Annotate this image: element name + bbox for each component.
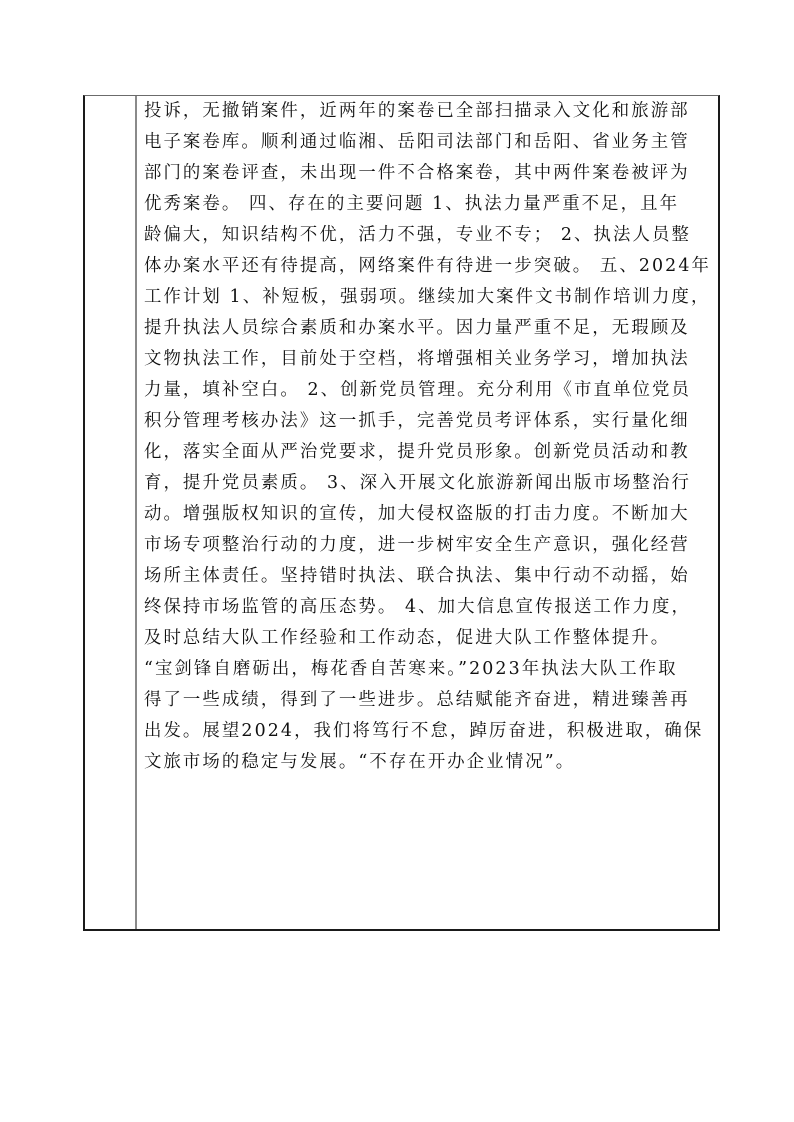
text-line: 终保持市场监管的高压态势。 4、加大信息宣传报送工作力度，	[144, 592, 711, 623]
text-line: 文旅市场的稳定与发展。“不存在开办企业情况”。	[144, 747, 711, 778]
report-body-text: 投诉，无撤销案件，近两年的案卷已全部扫描录入文化和旅游部 电子案卷库。顺利通过临…	[144, 96, 711, 778]
text-line: 投诉，无撤销案件，近两年的案卷已全部扫描录入文化和旅游部	[144, 96, 711, 127]
text-line: 得了一些成绩，得到了一些进步。总结赋能齐奋进，精进臻善再	[144, 685, 711, 716]
table-label-cell	[85, 96, 137, 929]
text-line: 工作计划 1、补短板，强弱项。继续加大案件文书制作培训力度，	[144, 282, 711, 313]
text-line: 市场专项整治行动的力度，进一步树牢安全生产意识，强化经营	[144, 530, 711, 561]
text-line: 优秀案卷。 四、存在的主要问题 1、执法力量严重不足，且年	[144, 189, 711, 220]
text-line: 力量，填补空白。 2、创新党员管理。充分利用《市直单位党员	[144, 375, 711, 406]
text-line: 积分管理考核办法》这一抓手，完善党员考评体系，实行量化细	[144, 406, 711, 437]
text-line: 出发。展望2024，我们将笃行不怠，踔厉奋进，积极进取，确保	[144, 716, 711, 747]
text-line: “宝剑锋自磨砺出，梅花香自苦寒来。”2023年执法大队工作取	[144, 654, 711, 685]
text-line: 龄偏大，知识结构不优，活力不强，专业不专； 2、执法人员整	[144, 220, 711, 251]
text-line: 场所主体责任。坚持错时执法、联合执法、集中行动不动摇，始	[144, 561, 711, 592]
document-page: 投诉，无撤销案件，近两年的案卷已全部扫描录入文化和旅游部 电子案卷库。顺利通过临…	[0, 0, 794, 1122]
text-line: 部门的案卷评查，未出现一件不合格案卷，其中两件案卷被评为	[144, 158, 711, 189]
text-line: 动。增强版权知识的宣传，加大侵权盗版的打击力度。不断加大	[144, 499, 711, 530]
text-line: 文物执法工作，目前处于空档，将增强相关业务学习，增加执法	[144, 344, 711, 375]
text-line: 提升执法人员综合素质和办案水平。因力量严重不足，无瑕顾及	[144, 313, 711, 344]
report-table: 投诉，无撤销案件，近两年的案卷已全部扫描录入文化和旅游部 电子案卷库。顺利通过临…	[83, 95, 720, 931]
text-line: 电子案卷库。顺利通过临湘、岳阳司法部门和岳阳、省业务主管	[144, 127, 711, 158]
text-line: 及时总结大队工作经验和工作动态，促进大队工作整体提升。	[144, 623, 711, 654]
text-line: 育，提升党员素质。 3、深入开展文化旅游新闻出版市场整治行	[144, 468, 711, 499]
text-line: 化，落实全面从严治党要求，提升党员形象。创新党员活动和教	[144, 437, 711, 468]
table-content-cell: 投诉，无撤销案件，近两年的案卷已全部扫描录入文化和旅游部 电子案卷库。顺利通过临…	[137, 96, 718, 929]
text-line: 体办案水平还有待提高，网络案件有待进一步突破。 五、2024年	[144, 251, 711, 282]
